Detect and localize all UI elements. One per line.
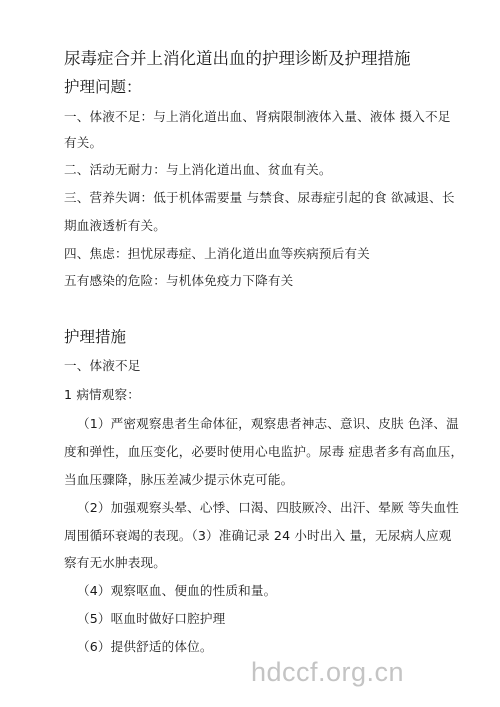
measure-item-1-cont: 度和弹性，血压变化，必要时使用心电监护。尿毒 症患者多有高血压， [64,446,463,459]
measure-item-5: （5）呕血时做好口腔护理 [77,613,225,626]
problems-heading: 护理问题： [64,80,142,96]
measures-heading: 护理措施 [64,330,126,346]
measure-item-1: （1）严密观察患者生命体征，观察患者神志、意识、皮肤 色泽、温 [77,418,459,431]
measures-section-1: 一、体液不足 [64,360,140,373]
measure-item-2: （2）加强观察头晕、心悸、口渴、四肢厥冷、出汗、晕厥 等失血性 [77,502,459,515]
measure-item-6: （6）提供舒适的体位。 [77,641,213,654]
problem-4: 四、焦虑：担忧尿毒症、上消化道出血等疾病预后有关 [64,248,370,261]
measure-item-4: （4）观察呕血、便血的性质和量。 [77,585,276,598]
problem-1: 一、体液不足：与上消化道出血、肾病限制液体入量、液体 摄入不足 [64,111,450,124]
document-title: 尿毒症合并上消化道出血的护理诊断及护理措施 [64,51,411,68]
problem-3-cont: 期血液透析有关。 [64,220,166,233]
problem-3: 三、营养失调：低于机体需要量 与禁食、尿毒症引起的食 欲减退、长 [64,192,455,205]
problem-1-cont: 有关。 [64,137,102,150]
measure-item-3-cont: 察有无水肿表现。 [64,557,166,570]
problem-5: 五有感染的危险：与机体免疫力下降有关 [64,275,293,288]
problem-2: 二、活动无耐力：与上消化道出血、贫血有关。 [64,164,332,177]
measure-item-2-3: 周围循环衰竭的表现。（3）准确记录 24 小时出入 量，无尿病人应观 [64,530,451,543]
measures-sub-1: 1 病情观察： [64,389,140,402]
measure-item-1-cont2: 当血压骤降，脉压差减少提示休克可能。 [64,474,293,487]
watermark: hdccf.org.cn [251,657,404,688]
